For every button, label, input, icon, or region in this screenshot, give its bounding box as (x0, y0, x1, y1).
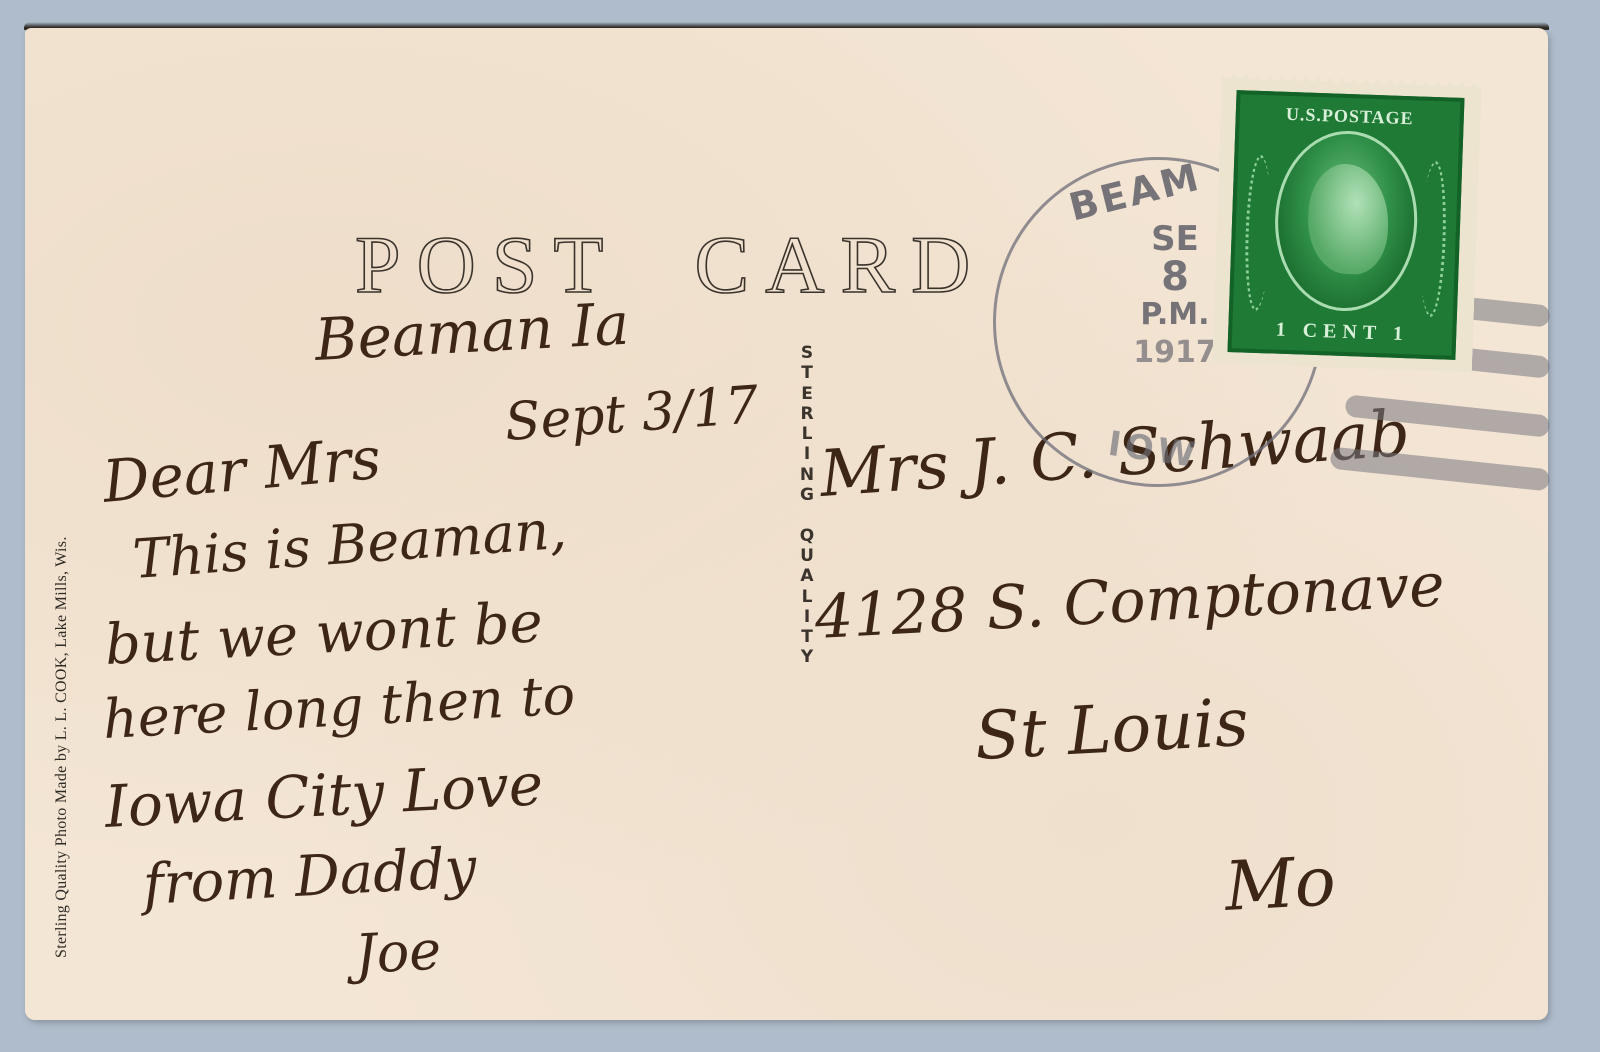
message-line: Dear Mrs (100, 424, 383, 516)
divider-letter: Y (801, 647, 813, 667)
postmark-date: SE 8 P.M. 1917 (1125, 220, 1225, 372)
divider-letter: E (801, 384, 813, 404)
postmark-day: 8 (1125, 258, 1225, 296)
message-date: Sept 3/17 (503, 375, 760, 453)
address-line-street: 4128 S. Comptonave (813, 550, 1446, 653)
divider-letter: L (802, 424, 813, 444)
postage-stamp: U.S.POSTAGE 1 CENT 1 (1227, 90, 1464, 360)
divider-letter: R (800, 404, 813, 424)
portrait-bust (1306, 163, 1390, 276)
message-signature: Joe (353, 919, 442, 986)
message-line: Iowa City Love (103, 750, 544, 841)
message-line: here long then to (101, 663, 576, 751)
sterling-quality-divider: STERLING QUALITY (797, 343, 817, 668)
laurel-right-icon (1418, 161, 1448, 318)
divider-letter: T (801, 363, 813, 383)
stamp-denomination: 1 CENT 1 (1275, 319, 1409, 347)
divider-letter: I (804, 607, 810, 627)
postmark-time: P.M. (1125, 296, 1225, 334)
address-line-city: St Louis (973, 684, 1250, 775)
stamp-top-text: U.S.POSTAGE (1286, 104, 1414, 129)
laurel-left-icon (1243, 155, 1273, 312)
divider-letter: T (801, 627, 813, 647)
washington-portrait-icon (1272, 129, 1420, 314)
message-line: from Daddy (141, 836, 478, 918)
divider-letter: I (804, 444, 810, 464)
postmark-year: 1917 (1125, 334, 1225, 372)
divider-letter: N (800, 465, 814, 485)
divider-letter: G (800, 485, 814, 505)
divider-letter: Q (800, 526, 814, 546)
message-line: This is Beaman, (131, 498, 569, 591)
divider-letter: U (800, 546, 814, 566)
divider-letter: S (801, 343, 813, 363)
postmark-month: SE (1125, 220, 1225, 258)
divider-letter: A (800, 566, 813, 586)
message-line: but we wont be (103, 590, 544, 678)
address-line-state: Mo (1223, 842, 1338, 927)
divider-letter: L (802, 587, 813, 607)
divider-letter (804, 505, 810, 525)
publisher-credit: Sterling Quality Photo Made by L. L. COO… (53, 536, 71, 958)
